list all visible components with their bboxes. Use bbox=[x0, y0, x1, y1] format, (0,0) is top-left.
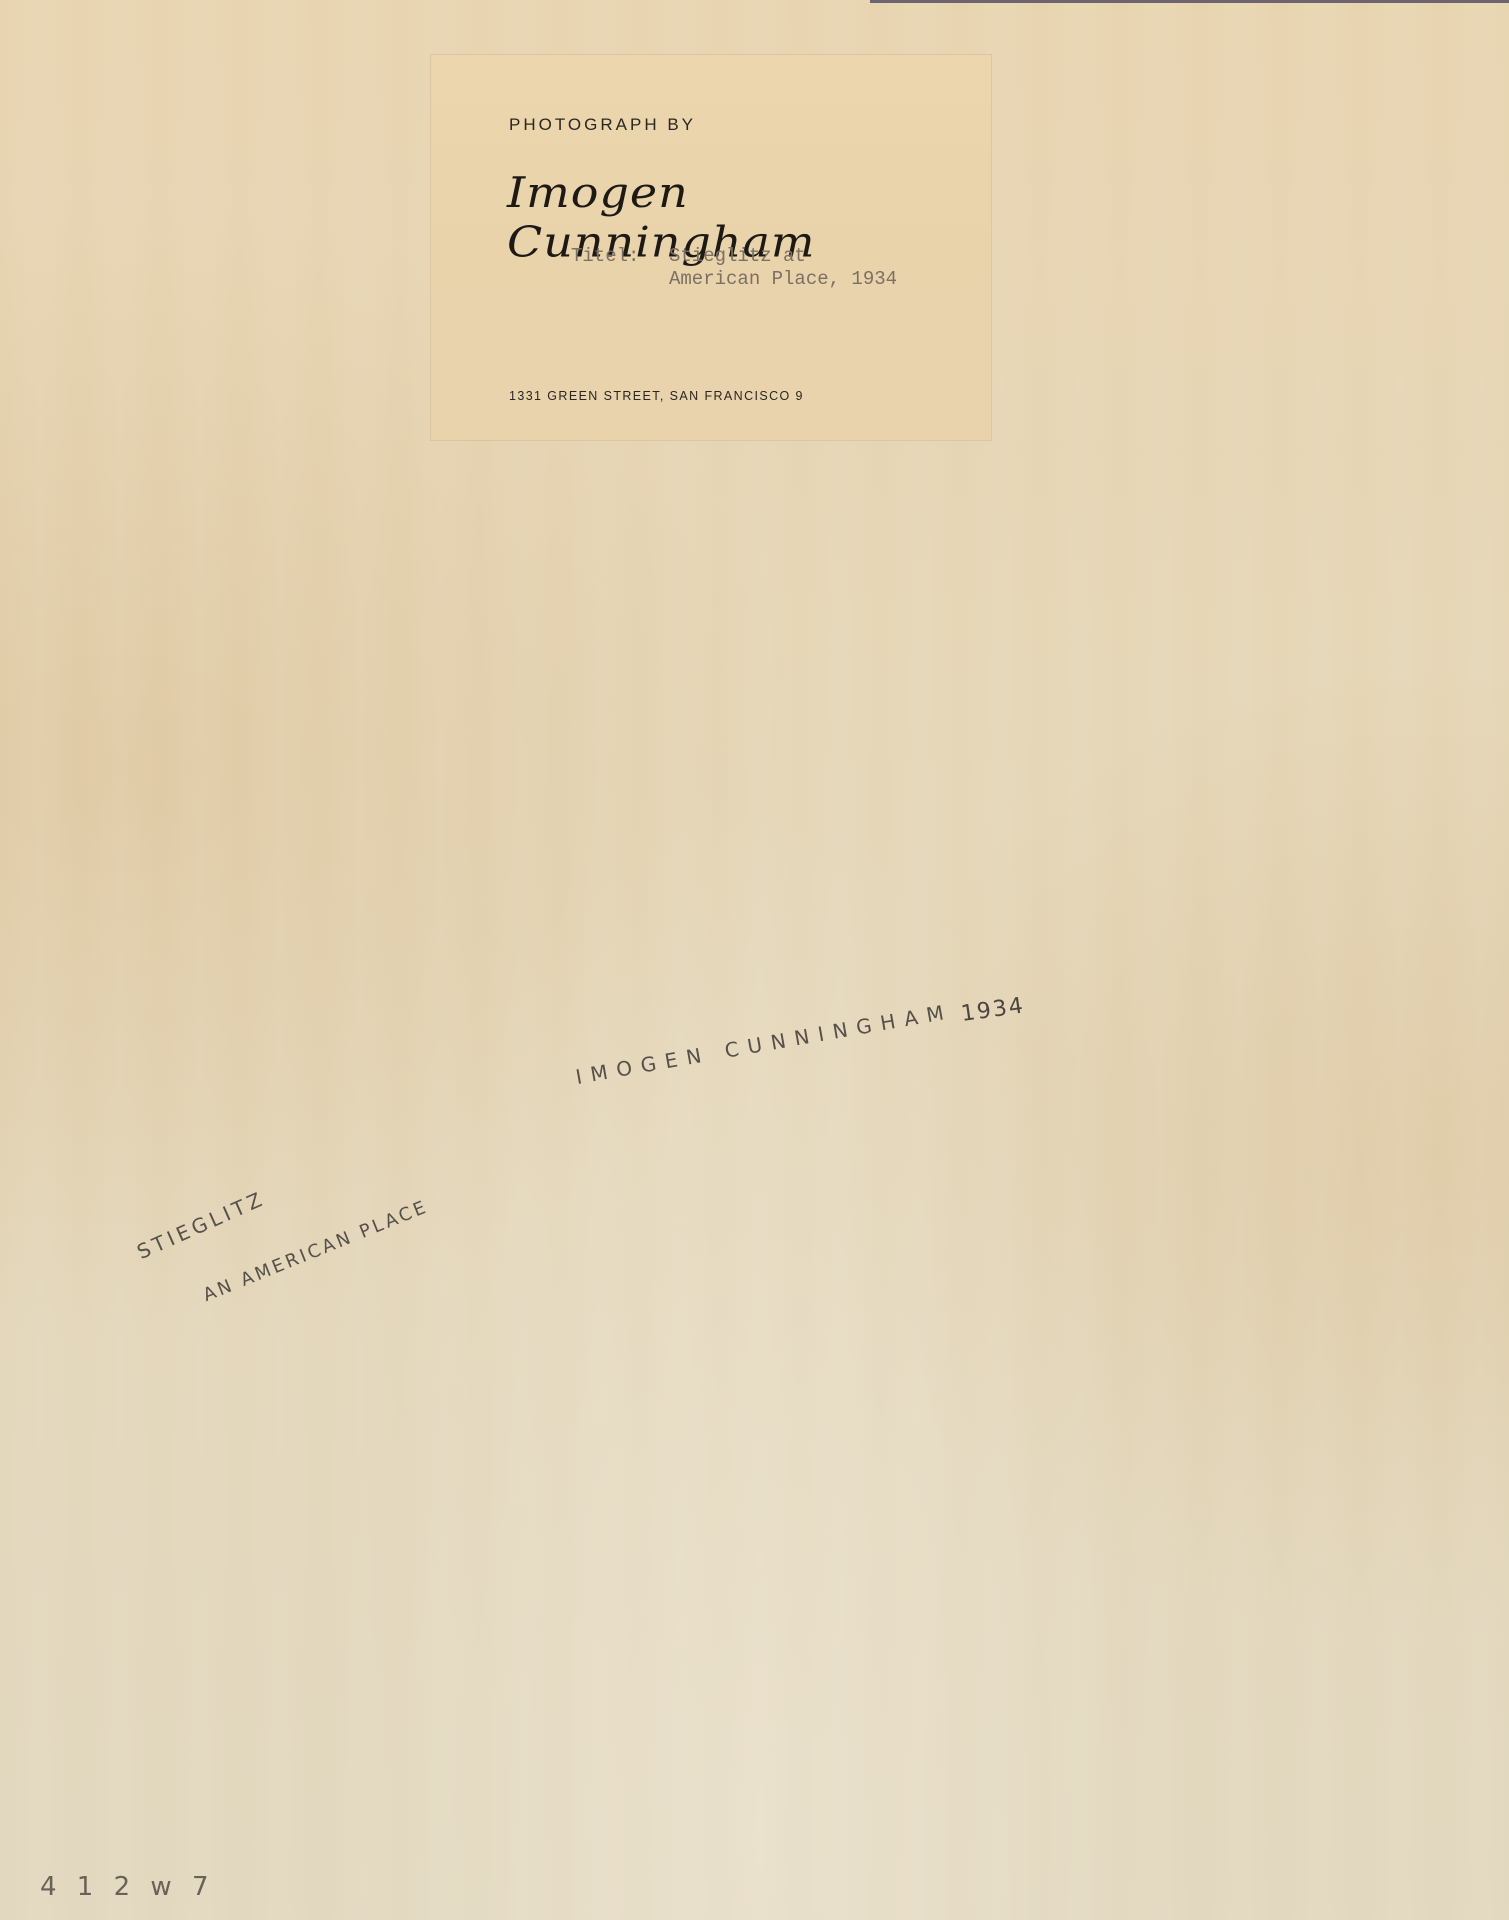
studio-address: 1331 GREEN STREET, SAN FRANCISCO 9 bbox=[509, 389, 804, 403]
label-heading: PHOTOGRAPH BY bbox=[509, 115, 696, 135]
mount-board: PHOTOGRAPH BY Imogen Cunningham Titel: S… bbox=[0, 0, 1509, 1920]
title-value: Stieglitz at American Place, 1934 bbox=[669, 245, 897, 291]
pencil-artist-name: IMOGEN CUNNINGHAM bbox=[574, 999, 955, 1089]
title-line-2: American Place, 1934 bbox=[669, 268, 897, 291]
title-line-1: Stieglitz at bbox=[669, 245, 897, 268]
photographer-label: PHOTOGRAPH BY Imogen Cunningham Titel: S… bbox=[431, 55, 991, 440]
pencil-title-line-1: STIEGLITZ bbox=[133, 1186, 269, 1264]
photo-edge-strip bbox=[870, 0, 1509, 3]
pencil-inventory-number: 4 1 2 w 7 bbox=[40, 1872, 215, 1902]
title-key: Titel: bbox=[571, 245, 639, 267]
pencil-year: 1934 bbox=[960, 993, 1027, 1027]
